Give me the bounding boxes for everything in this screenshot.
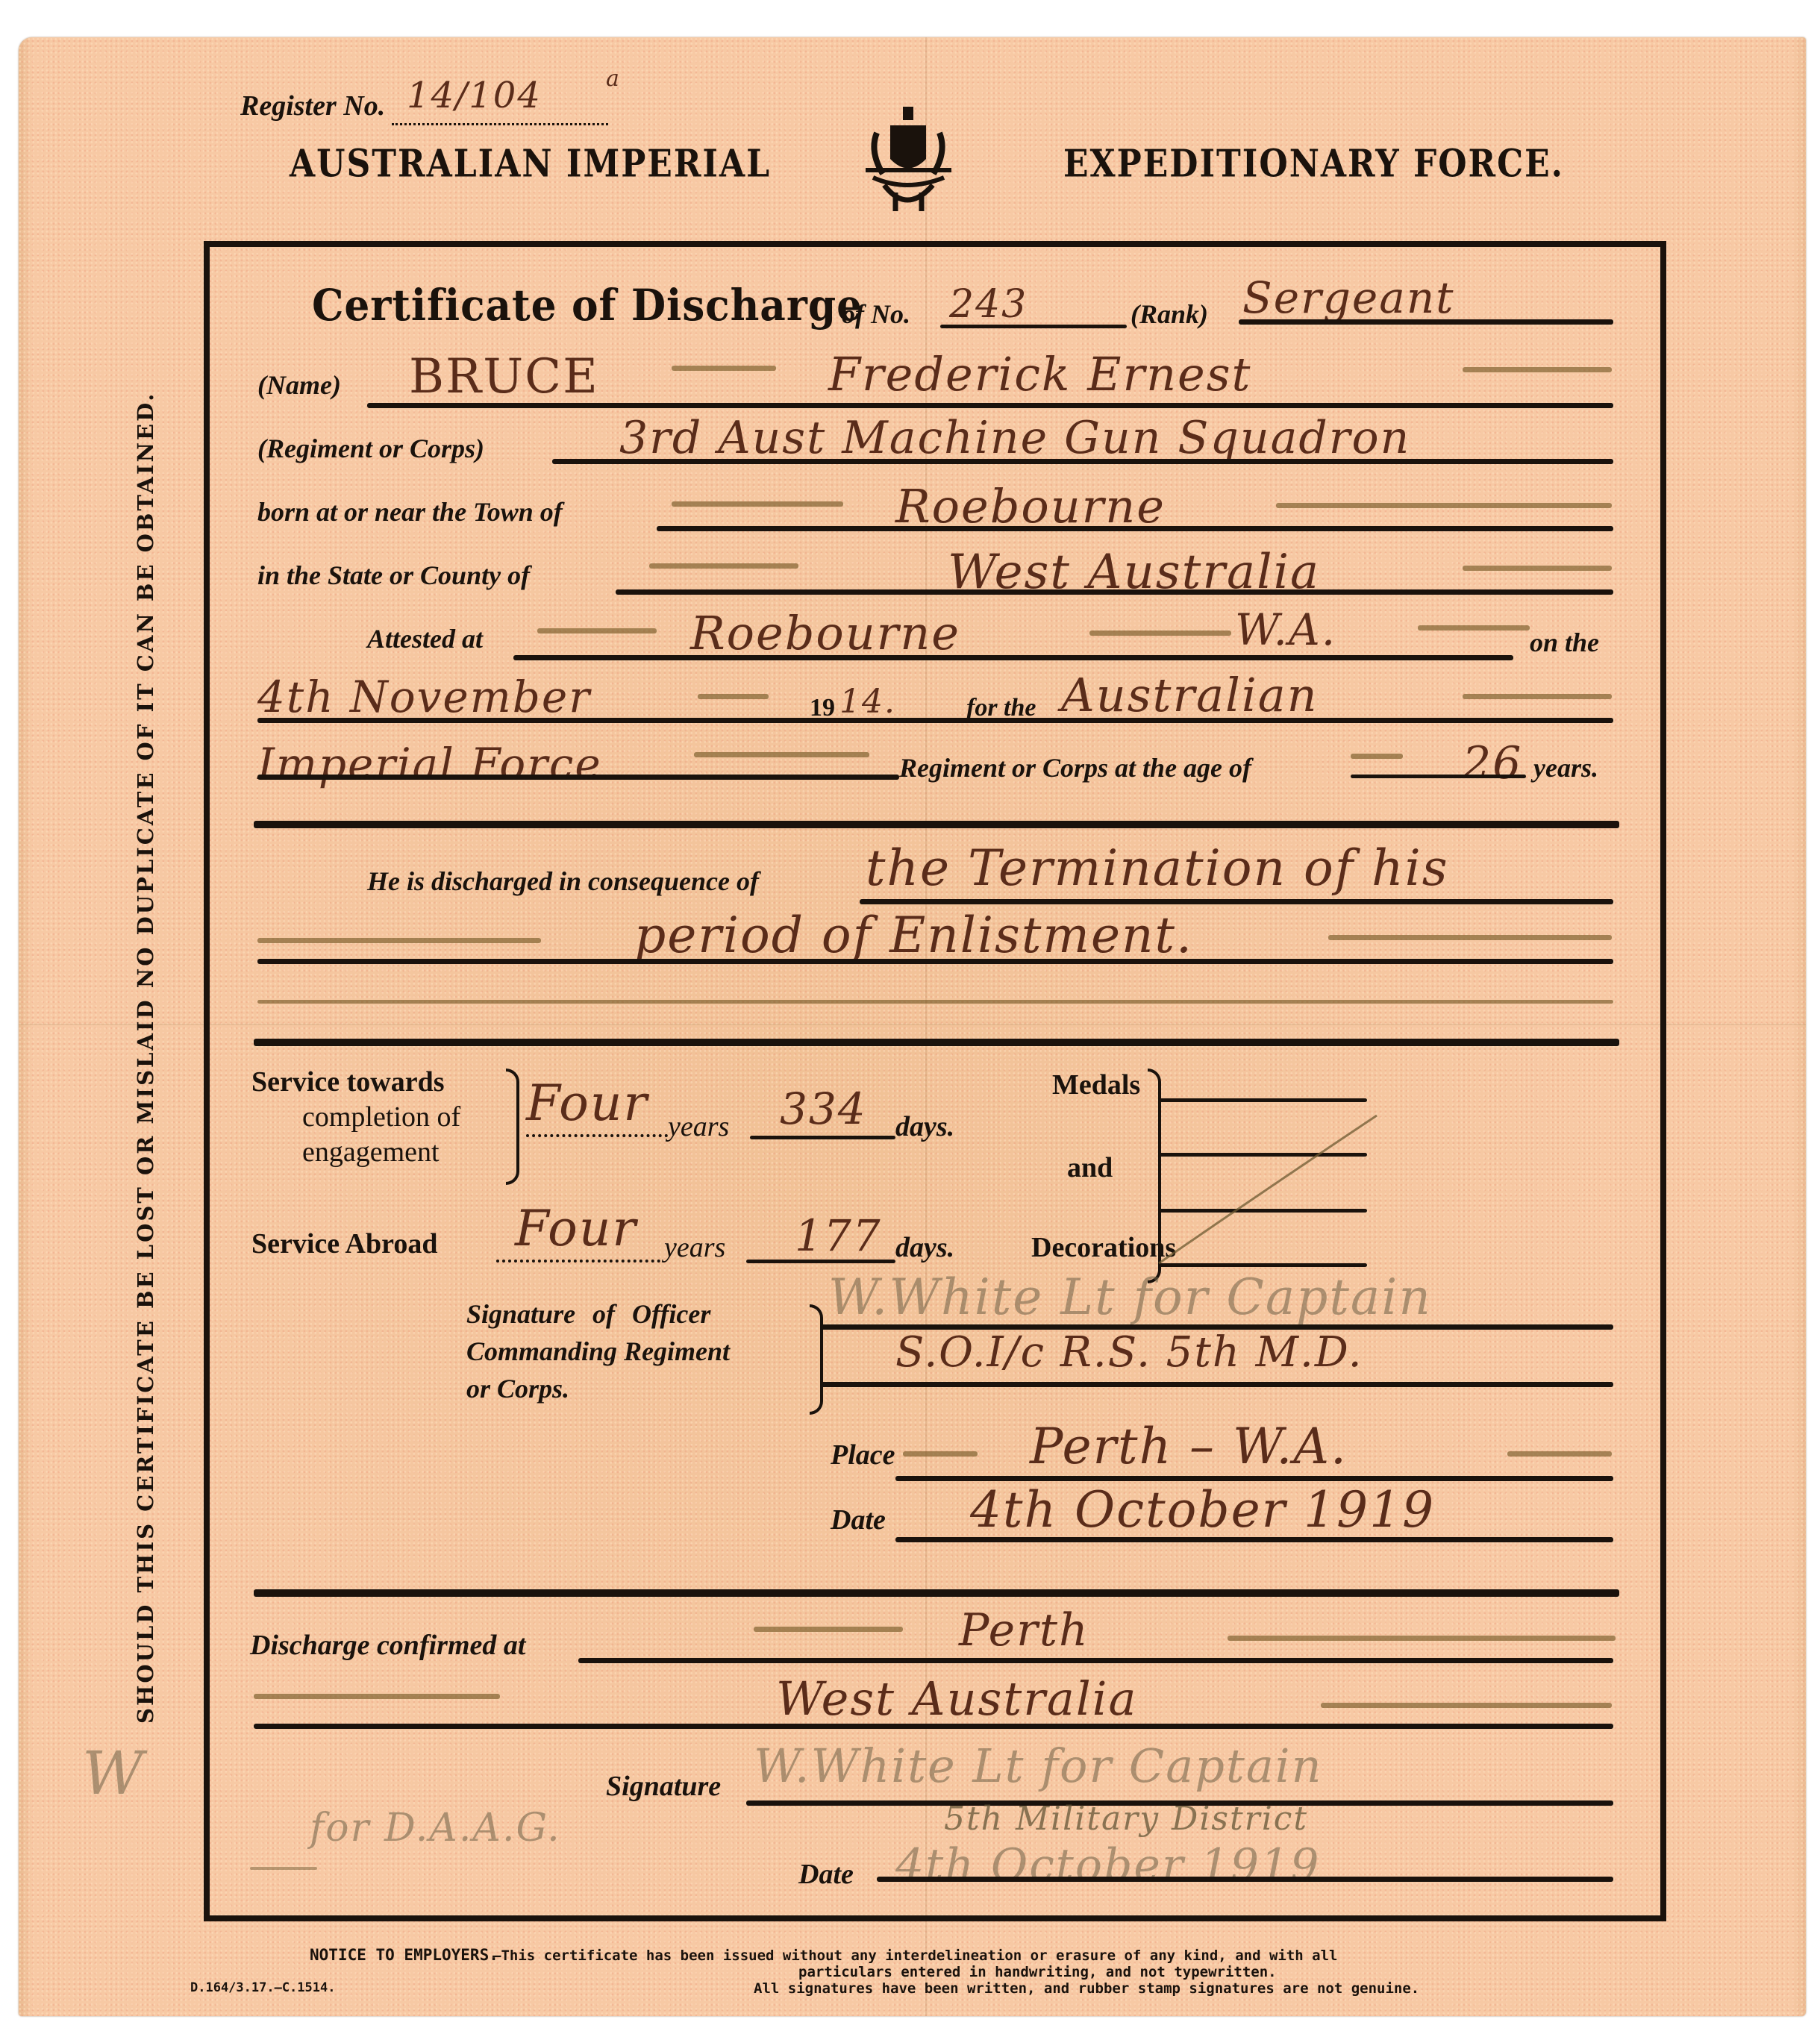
rank-value: Sergeant <box>1242 272 1454 323</box>
towards-days: 334 <box>780 1083 867 1134</box>
officer-date: 4th October 1919 <box>970 1481 1435 1539</box>
register-number: 14/104 <box>407 75 542 116</box>
filler-dash <box>1089 631 1231 636</box>
coat-of-arms-icon <box>862 103 955 215</box>
officer-signature: W.White Lt for Captain <box>828 1268 1432 1326</box>
filler-dash <box>1228 1636 1616 1641</box>
towards-years-rule <box>526 1134 668 1137</box>
attested-rule <box>513 655 1513 660</box>
officer-date-rule <box>895 1537 1613 1542</box>
reason-rule-2 <box>257 959 1613 964</box>
force-line-1: Australian <box>1061 668 1319 722</box>
section-divider <box>254 821 1619 828</box>
margin-note: for D.A.A.G. <box>310 1806 561 1850</box>
state-label: in the State or County of <box>257 560 530 591</box>
of-no-label: of No. <box>842 298 910 330</box>
soldier-number: 243 <box>949 282 1028 327</box>
filler-dash <box>903 1451 978 1457</box>
reason-line-1: the Termination of his <box>866 839 1449 897</box>
given-names: Frederick Ernest <box>828 347 1251 401</box>
abroad-years-rule <box>496 1260 660 1263</box>
attested-year: 14. <box>839 683 896 721</box>
place-label: Place <box>831 1439 895 1471</box>
regiment-value: 3rd Aust Machine Gun Squadron <box>619 412 1410 464</box>
abroad-days: 177 <box>795 1210 882 1261</box>
filler-dash <box>537 628 657 633</box>
attested-date: 4th November <box>257 672 591 722</box>
towards-years-label: years <box>668 1110 729 1143</box>
confirmed-place-2: West Australia <box>776 1671 1137 1726</box>
confirmation-date-label: Date <box>798 1858 854 1891</box>
signature-label: Signature <box>606 1770 721 1803</box>
form-code: D.164/3.17.—C.1514. <box>190 1980 335 1995</box>
filler-dash <box>698 694 769 699</box>
confirmation-date: 4th October 1919 <box>895 1839 1320 1892</box>
place-rule <box>895 1476 1613 1481</box>
reason-label: He is discharged in consequence of <box>367 866 759 897</box>
abroad-days-label: days. <box>895 1231 954 1264</box>
regiment-rule <box>552 459 1613 464</box>
filler-dash <box>254 1694 500 1699</box>
notice-heading: NOTICE TO EMPLOYERS. <box>310 1946 498 1964</box>
officer-label-1: Signature of Officer <box>466 1298 710 1330</box>
towards-label-3: engagement <box>302 1136 440 1168</box>
abroad-years: Four <box>515 1200 637 1257</box>
rank-label: (Rank) <box>1131 298 1208 330</box>
number-rule <box>940 325 1127 328</box>
notice-line-2: particulars entered in handwriting, and … <box>798 1964 1277 1980</box>
medals-label-2: and <box>1067 1151 1113 1184</box>
confirmation-signature: W.White Lt for Captain <box>754 1739 1323 1793</box>
notice-line-3: All signatures have been written, and ru… <box>754 1980 1419 1997</box>
district-value: 5th Military District <box>944 1800 1308 1838</box>
filler-dash <box>1328 935 1612 940</box>
born-label: born at or near the Town of <box>257 496 563 528</box>
officer-date-label: Date <box>831 1504 886 1536</box>
reason-line-2: period of Enlistment. <box>634 907 1193 964</box>
reason-rule-1 <box>860 899 1613 904</box>
regiment-label: (Regiment or Corps) <box>257 433 484 464</box>
towards-days-label: days. <box>895 1110 954 1143</box>
surname: BRUCE <box>409 349 599 404</box>
brace-icon <box>506 1069 519 1185</box>
confirmed-place-1: Perth <box>959 1604 1089 1656</box>
filler-dash <box>1276 503 1612 508</box>
abroad-label: Service Abroad <box>251 1227 437 1260</box>
force-rule-2 <box>257 775 899 780</box>
filler-dash <box>1418 625 1530 631</box>
attested-state: W.A. <box>1235 604 1336 655</box>
towards-label-2: completion of <box>302 1101 460 1133</box>
officer-title: S.O.I/c R.S. 5th M.D. <box>895 1328 1363 1377</box>
towards-years: Four <box>526 1074 648 1132</box>
filler-dash <box>1351 754 1403 759</box>
filler-dash <box>672 501 843 507</box>
filler-dash <box>649 563 798 569</box>
confirmed-rule-1 <box>578 1658 1613 1663</box>
register-label: Register No. <box>240 90 385 122</box>
towards-label-1: Service towards <box>251 1066 445 1098</box>
force-rule <box>257 718 1613 723</box>
medals-label-1: Medals <box>1052 1069 1140 1101</box>
confirmed-label: Discharge confirmed at <box>250 1629 525 1662</box>
filler-dash <box>1321 1703 1612 1708</box>
officer-label-2: Commanding Regiment <box>466 1336 730 1367</box>
filler-dash <box>257 938 541 943</box>
section-divider <box>254 1589 1619 1597</box>
age-value: 26 <box>1463 737 1522 789</box>
officer-rule-2 <box>821 1382 1613 1387</box>
state-rule <box>616 589 1613 595</box>
confirmed-rule-2 <box>254 1724 1613 1729</box>
rank-rule <box>1239 319 1613 325</box>
register-rule <box>392 123 608 125</box>
force-line-2: Imperial Force <box>257 739 602 789</box>
title-right: EXPEDITIONARY FORCE. <box>1063 142 1564 186</box>
filler-dash <box>754 1627 903 1632</box>
filler-dash <box>694 752 869 757</box>
confirmation-date-rule <box>877 1877 1613 1882</box>
abroad-years-label: years <box>664 1231 725 1264</box>
filler-dash <box>1463 694 1612 699</box>
name-label: (Name) <box>257 369 341 401</box>
age-label: Regiment or Corps at the age of <box>899 752 1251 783</box>
name-rule <box>367 403 1613 408</box>
section-divider <box>254 1039 1619 1046</box>
attested-label: Attested at <box>367 623 483 654</box>
margin-initials: W <box>82 1739 145 1808</box>
filler-dash <box>1463 566 1612 571</box>
abroad-days-rule <box>746 1260 895 1263</box>
notice-line-1: —This certificate has been issued withou… <box>492 1947 1337 1964</box>
place-value: Perth – W.A. <box>1030 1418 1348 1475</box>
filler-dash <box>672 366 776 371</box>
born-rule <box>657 526 1613 531</box>
filler-dash <box>257 1000 1613 1004</box>
margin-note-rule <box>250 1867 317 1870</box>
brace-icon <box>810 1304 823 1415</box>
cancel-stroke-icon <box>1153 1093 1392 1268</box>
side-notice: SHOULD THIS CERTIFICATE BE LOST OR MISLA… <box>133 392 158 1724</box>
attested-place: Roebourne <box>690 606 960 660</box>
years-label: years. <box>1533 752 1598 783</box>
filler-dash <box>1507 1451 1612 1457</box>
on-the-label: on the <box>1530 627 1599 658</box>
towards-days-rule <box>750 1136 895 1139</box>
certificate-heading: Certificate of Discharge <box>312 280 863 331</box>
filler-dash <box>1463 367 1612 372</box>
title-left: AUSTRALIAN IMPERIAL <box>290 142 771 186</box>
age-rule <box>1351 775 1526 778</box>
register-suffix: a <box>606 66 621 92</box>
officer-label-3: or Corps. <box>466 1373 569 1404</box>
